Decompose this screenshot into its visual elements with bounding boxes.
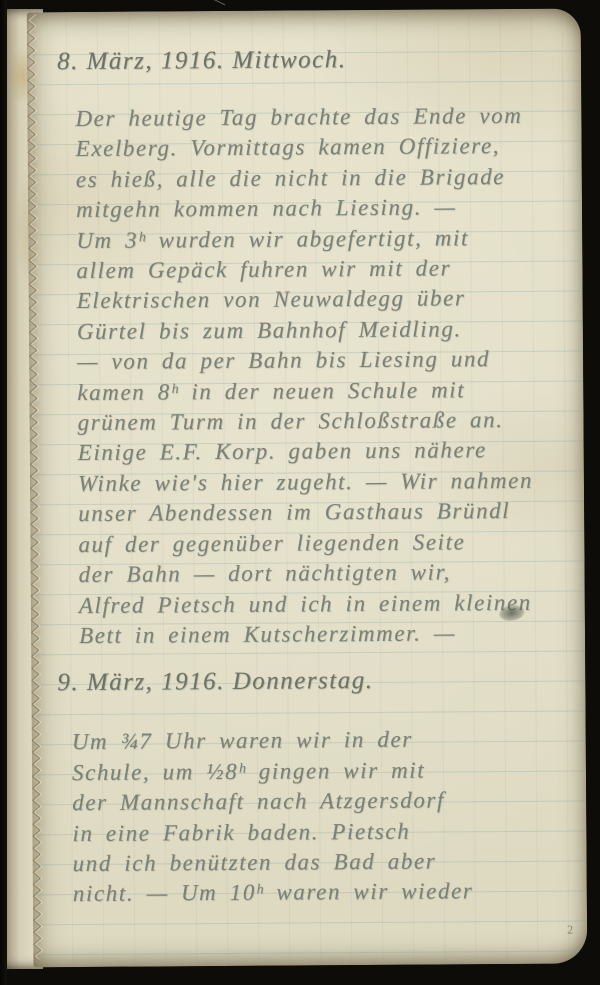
entry-line: kamen 8ʰ in der neuen Schule mit xyxy=(77,374,575,408)
photo-frame: 8. März, 1916. Mittwoch. Der heutige Tag… xyxy=(0,0,600,985)
entry-body-march-8: Der heutige Tag brachte das Ende vom Exe… xyxy=(75,101,577,652)
entry-heading-march-8: 8. März, 1916. Mittwoch. xyxy=(57,41,573,81)
page-content: 8. März, 1916. Mittwoch. Der heutige Tag… xyxy=(53,27,579,910)
entry-line: Exelberg. Vormittags kamen Offiziere, xyxy=(76,131,574,165)
entry-line: allem Gepäck fuhren wir mit der xyxy=(76,253,574,287)
entry-line: mitgehn kommen nach Liesing. — xyxy=(76,192,574,226)
entry-line: Einige E.F. Korp. gaben uns nähere xyxy=(78,435,576,469)
entry-line: Winke wie's hier zugeht. — Wir nahmen xyxy=(78,465,576,499)
entry-line: in eine Fabrik baden. Pietsch xyxy=(72,815,578,849)
entry-line: Um 3ʰ wurden wir abgefertigt, mit xyxy=(76,222,574,256)
entry-line: nicht. — Um 10ʰ waren wir wieder xyxy=(73,876,579,910)
entry-line: Gürtel bis zum Bahnhof Meidling. xyxy=(77,313,575,347)
entry-line: Schule, um ½8ʰ gingen wir mit xyxy=(72,754,578,788)
entry-line: — von da per Bahn bis Liesing und xyxy=(77,344,575,378)
entry-line: auf der gegenüber liegenden Seite xyxy=(78,526,576,560)
diary-page: 8. März, 1916. Mittwoch. Der heutige Tag… xyxy=(27,8,588,967)
entry-line: der Bahn — dort nächtigten wir, xyxy=(78,557,576,591)
entry-heading-march-9: 9. März, 1916. Donnerstag. xyxy=(57,662,577,702)
entry-line: es hieß, alle die nicht in die Brigade xyxy=(76,161,574,195)
entry-line: der Mannschaft nach Atzgersdorf xyxy=(72,785,578,819)
page-number: 2 xyxy=(567,923,573,938)
photo-background: { "page_number": "2", "colors": { "paper… xyxy=(0,0,600,985)
entry-line: grünem Turm in der Schloßstraße an. xyxy=(77,405,575,439)
binding-gutter xyxy=(0,0,7,985)
entry-line: Der heutige Tag brachte das Ende vom xyxy=(75,101,573,135)
entry-line: und ich benützten das Bad aber xyxy=(73,845,579,879)
entry-line: Um ¾7 Uhr waren wir in der xyxy=(72,724,578,758)
entry-line: unser Abendessen im Gasthaus Bründl xyxy=(78,496,576,530)
entry-body-march-9: Um ¾7 Uhr waren wir in der Schule, um ½8… xyxy=(72,724,579,910)
entry-line: Bett in einem Kutscherzimmer. — xyxy=(79,617,577,651)
entry-line: Elektrischen von Neuwaldegg über xyxy=(77,283,575,317)
